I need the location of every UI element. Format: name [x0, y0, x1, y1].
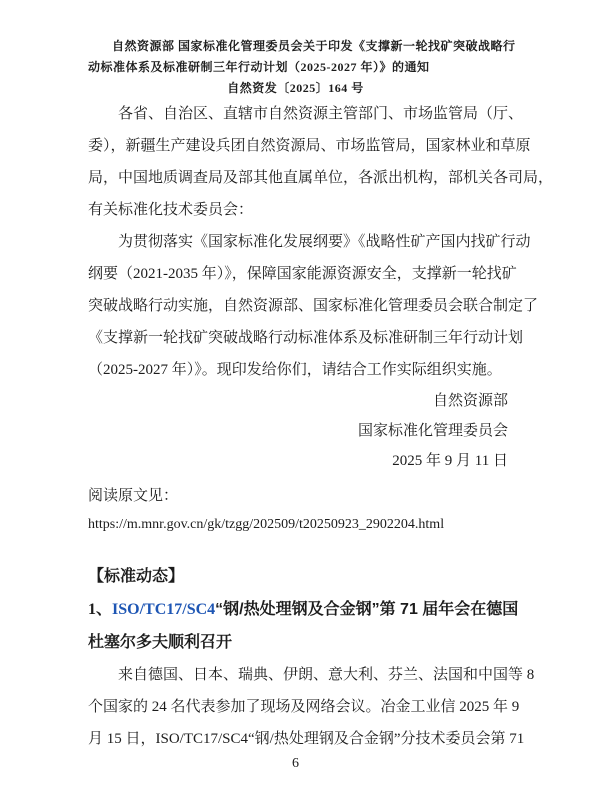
read-original-label: 阅读原文见：	[88, 480, 531, 512]
document-title: 自然资源部 国家标准化管理委员会关于印发《支撑新一轮找矿突破战略行 动标准体系及…	[88, 36, 540, 78]
signature-block: 自然资源部 国家标准化管理委员会 2025 年 9 月 11 日	[88, 386, 531, 476]
signature-date: 2025 年 9 月 11 日	[88, 446, 508, 476]
addressee-line: 委），新疆生产建设兵团自然资源局、市场监管局，国家林业和草原	[88, 130, 531, 162]
page-number: 6	[0, 756, 591, 772]
news-item-number: 1、	[88, 601, 112, 618]
document-title-line2: 动标准体系及标准研制三年行动计划（2025-2027 年）》的通知	[88, 57, 540, 78]
news-body-line: 个国家的 24 名代表参加了现场及网络会议。冶金工业信 2025 年 9	[88, 691, 531, 723]
document-number: 自然资发〔2025〕164 号	[0, 78, 591, 98]
news-item-title: “钢/热处理钢及合金钢”第 71 届年会在德国	[215, 601, 518, 618]
news-section: 【标准动态】 1、ISO/TC17/SC4“钢/热处理钢及合金钢”第 71 届年…	[88, 560, 531, 755]
news-item-title-line2: 杜塞尔多夫顺利召开	[88, 626, 531, 659]
notice-body-line: （2025-2027 年）》。现印发给你们，请结合工作实际组织实施。	[88, 354, 531, 386]
signature-org-1: 自然资源部	[88, 386, 508, 416]
document-page: 自然资源部 国家标准化管理委员会关于印发《支撑新一轮找矿突破战略行 动标准体系及…	[0, 0, 591, 810]
news-item-code: ISO/TC17/SC4	[112, 601, 215, 618]
notice-body-paragraph: 为贯彻落实《国家标准化发展纲要》《战略性矿产国内找矿行动 纲要（2021-203…	[88, 226, 531, 386]
read-original-url[interactable]: https://m.mnr.gov.cn/gk/tzgg/202509/t202…	[88, 512, 531, 538]
addressee-line: 各省、自治区、直辖市自然资源主管部门、市场监管局（厅、	[88, 98, 531, 130]
notice-body-line: 突破战略行动实施，自然资源部、国家标准化管理委员会联合制定了	[88, 290, 531, 322]
news-body-line: 来自德国、日本、瑞典、伊朗、意大利、芬兰、法国和中国等 8	[88, 659, 531, 691]
section-heading: 【标准动态】	[88, 560, 531, 593]
news-body-line: 月 15 日，ISO/TC17/SC4“钢/热处理钢及合金钢”分技术委员会第 7…	[88, 723, 531, 755]
addressee-line: 有关标准化技术委员会：	[88, 194, 531, 226]
addressee-line: 局，中国地质调查局及部其他直属单位，各派出机构，部机关各司局，	[88, 162, 531, 194]
news-body-paragraph: 来自德国、日本、瑞典、伊朗、意大利、芬兰、法国和中国等 8 个国家的 24 名代…	[88, 659, 531, 755]
signature-org-2: 国家标准化管理委员会	[88, 416, 508, 446]
notice-body-line: 《支撑新一轮找矿突破战略行动标准体系及标准研制三年行动计划	[88, 322, 531, 354]
addressee-paragraph: 各省、自治区、直辖市自然资源主管部门、市场监管局（厅、 委），新疆生产建设兵团自…	[88, 98, 531, 226]
notice-body-line: 为贯彻落实《国家标准化发展纲要》《战略性矿产国内找矿行动	[88, 226, 531, 258]
document-title-line1: 自然资源部 国家标准化管理委员会关于印发《支撑新一轮找矿突破战略行	[88, 36, 540, 57]
news-item-heading: 1、ISO/TC17/SC4“钢/热处理钢及合金钢”第 71 届年会在德国	[88, 593, 531, 626]
notice-body-line: 纲要（2021-2035 年）》，保障国家能源资源安全，支撑新一轮找矿	[88, 258, 531, 290]
